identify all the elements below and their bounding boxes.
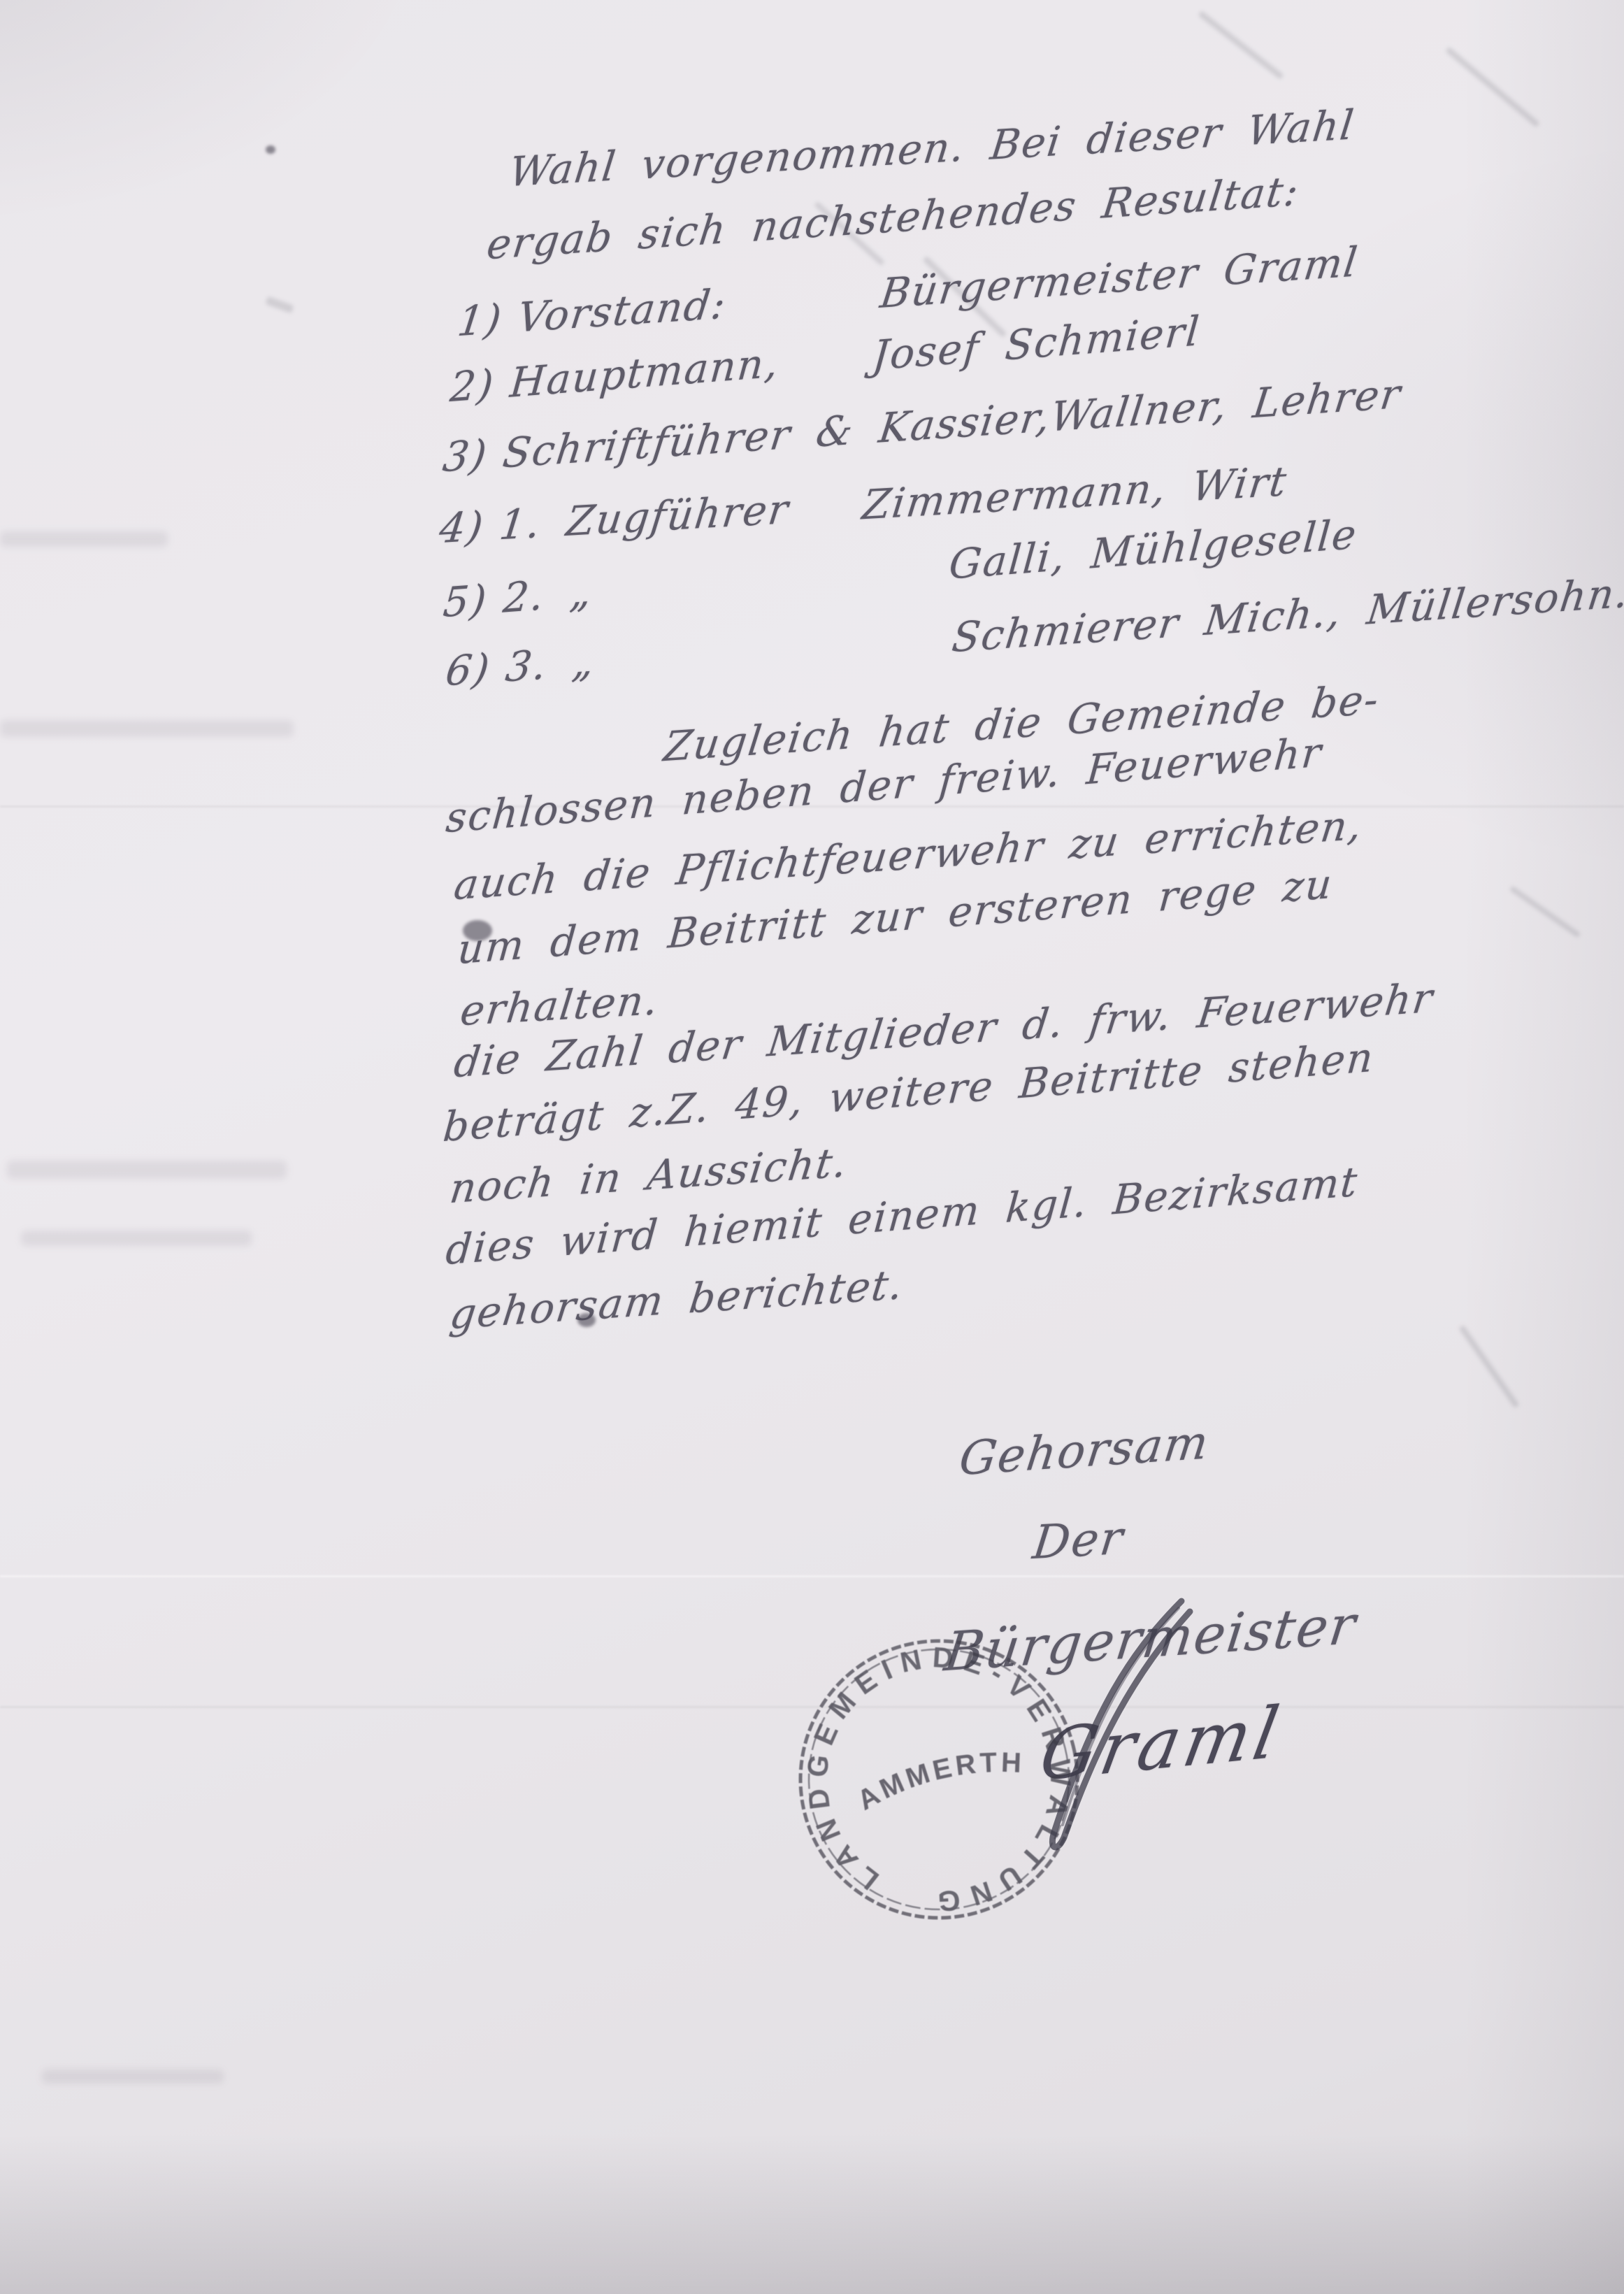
- smudge-mark: [1458, 1325, 1520, 1409]
- closing-word: Gehorsam: [956, 1415, 1212, 1486]
- list-role: 1. Zugführer: [497, 481, 865, 550]
- list-name: Zimmermann, Wirt: [860, 457, 1290, 529]
- ink-blot: [266, 145, 275, 154]
- bleedthrough-mark: [42, 2070, 224, 2084]
- list-name: Bürgermeister Graml: [877, 238, 1361, 317]
- paper-crease: [0, 1575, 1624, 1577]
- smudge-mark: [1198, 10, 1284, 80]
- bleedthrough-mark: [0, 720, 294, 737]
- list-role: 3. „: [503, 629, 718, 691]
- list-number: 5): [441, 574, 505, 626]
- list-role: Hauptmann,: [508, 331, 875, 407]
- list-number: 4): [437, 501, 503, 552]
- stamp-center-text: AMMERTHAL: [756, 1597, 1033, 1838]
- smudge-mark: [1509, 885, 1581, 938]
- list-role: 2. „: [501, 559, 714, 622]
- smudge-mark: [265, 296, 294, 314]
- bleedthrough-mark: [21, 1231, 252, 1246]
- list-role: Schriftführer & Kassier,: [500, 393, 1054, 478]
- closing-word: Der: [1030, 1510, 1127, 1570]
- document-photo: Wahl vorgenommen. Bei dieser Wahl ergab …: [0, 0, 1624, 2294]
- bleedthrough-mark: [7, 1161, 287, 1179]
- list-number: 3): [440, 429, 506, 481]
- handwritten-line: gehorsam berichtet.: [447, 1261, 907, 1339]
- list-number: 1): [455, 294, 521, 345]
- list-number: 2): [448, 359, 512, 411]
- svg-text:AMMERTHAL: AMMERTHAL: [756, 1597, 1033, 1838]
- bleedthrough-mark: [0, 531, 168, 547]
- list-name: Josef Schmierl: [870, 307, 1202, 380]
- handwritten-line: erhalten.: [458, 976, 662, 1035]
- list-role: Vorstand:: [515, 269, 884, 341]
- list-name: Wallner, Lehrer: [1048, 370, 1404, 441]
- smudge-mark: [1445, 46, 1540, 127]
- list-name: Galli, Mühlgeselle: [947, 510, 1359, 588]
- list-number: 6): [443, 643, 509, 695]
- list-name: Schmierer Mich., Müllersohn.: [949, 568, 1624, 661]
